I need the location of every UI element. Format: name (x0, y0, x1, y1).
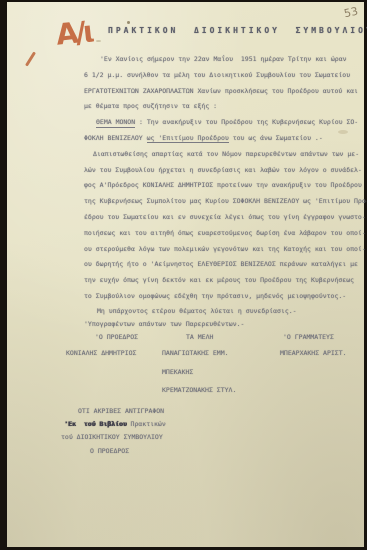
secretary-name: ΜΠΕΑΡΧΑΚΗΣ ΑΡΙΣΤ. (280, 349, 347, 357)
member-name: ΚΡΕΜΑΤΖΟΝΑΚΗΣ ΣΤΥΛ. (162, 386, 236, 394)
president-title: 'Ο ΠΡΟΕΔΡΟΣ (95, 333, 138, 341)
typed-line: το Συμβούλιον ομοφώνως εδέχθη την πρότασ… (84, 289, 366, 305)
typed-line: την ευχήν όπως γίνη δεκτόν και εκ μέρους… (84, 273, 366, 289)
paper-fleck (96, 40, 101, 42)
typed-line: 6 1/2 μ.μ. συνήλθον τα μέλη του Διοικητι… (84, 68, 366, 84)
typed-line: 'Εν Χανίοις σήμερον την 22αν Μαΐου 1951 … (84, 52, 366, 68)
theme-separator: : (135, 118, 147, 126)
closing-line: Μη υπάρχοντος ετέρου θέματος λύεται η συ… (84, 305, 366, 318)
certification-line: τού ΔΙΟΙΚΗΤΙΚΟΥ ΣΥΜΒΟΥΛΙΟΥ (61, 433, 163, 441)
president-name: ΚΟΝΙΑΛΗΣ ΔΗΜΗΤΡΙΟΣ (66, 349, 136, 357)
secretary-title: 'Ο ΓΡΑΜΜΑΤΕΥΣ (283, 333, 334, 341)
members-title: ΤΑ ΜΕΛΗ (186, 333, 213, 341)
typed-line: έδρου του Σωματείου και εν συνεχεία λέγε… (84, 210, 366, 226)
typed-line: ου στερούμεθα λόγω των πολεμικών γεγονότ… (84, 242, 366, 258)
typed-line: της Κυβερνήσεως Συμπολίτου μας Κυρίου ΣΟ… (84, 194, 366, 210)
scan-edge-top (0, 0, 367, 2)
typed-line: Διαπιστωθείσης απαρτίας κατά τον Νόμον π… (84, 147, 366, 163)
scan-edge-left (0, 0, 7, 550)
document-page: Α/ι 53 ΠΡΑΚΤΙΚΟΝ ΔΙΟΙΚΗΤΙΚΟΥ ΣΥΜΒΟΥΛΙΟΥ … (0, 0, 367, 550)
handwritten-slash-mark (25, 51, 36, 66)
certification-rest: Πρακτικών (127, 420, 166, 428)
handwritten-page-number: 53 (343, 5, 359, 21)
certification-overstruck: 'Εκ τού Βιβλίου (64, 420, 127, 428)
typed-line: ποιήσεως και του αιτηθή όπως ευαρεστούμε… (84, 226, 366, 242)
theme-heading: ΘΕΜΑ ΜΟΝΟΝ (96, 118, 135, 128)
typed-line: φος Α'Πρόεδρος ΚΟΝΙΑΛΗΣ ΔΗΜΗΤΡΙΟΣ προτεί… (84, 178, 366, 194)
theme-line: ΘΕΜΑ ΜΟΝΟΝ : Την ανακήρυξιν του Προέδρου… (84, 115, 366, 131)
theme-text-pre: ΦΟΚΛΗ ΒΕΝΙΖΕΛΟΥ (84, 134, 147, 142)
certification-line: ΟΤΙ ΑΚΡΙΒΕΣ ΑΝΤΙΓΡΑΦΟΝ (78, 407, 164, 415)
typed-line: ΕΡΓΑΤΟΤΕΧΝΙΤΩΝ ΖΑΧΑΡΟΠΛΑΣΤΩΝ Χανίων προσ… (84, 84, 366, 100)
theme-line-2: ΦΟΚΛΗ ΒΕΝΙΖΕΛΟΥ ως 'Επιτίμου Προέδρου το… (84, 131, 366, 147)
certification-president-title: Ο ΠΡΟΕΔΡΟΣ (90, 447, 129, 455)
typed-line: λών του Συμβουλίου ήρχεται η συνεδρίασις… (84, 163, 366, 179)
member-name: ΠΑΝΑΓΙΩΤΑΚΗΣ ΕΜΜ. (162, 349, 229, 357)
document-body: 'Εν Χανίοις σήμερον την 22αν Μαΐου 1951 … (84, 52, 366, 331)
typed-line: ου δωρητής ήτο ο 'Αείμνηστος ΕΛΕΥΘΕΡΙΟΣ … (84, 257, 366, 273)
certification-line: 'Εκ τού Βιβλίου Πρακτικών (64, 420, 166, 428)
theme-text: Την ανακήρυξιν του Προέδρου της Κυβερνήσ… (147, 118, 358, 126)
closing-line: 'Υπογραφέντων απάντων των Παρερευθέντων.… (84, 318, 366, 331)
honorary-president-underlined: ως 'Επιτίμου Προέδρου (147, 134, 229, 144)
typed-line: με θέματα προς συζήτησιν τα εξής : (84, 99, 366, 115)
document-title: ΠΡΑΚΤΙΚΟΝ ΔΙΟΙΚΗΤΙΚΟΥ ΣΥΜΒΟΥΛΙΟΥ (108, 26, 367, 35)
member-name: ΜΠΕΚΑΚΗΣ (162, 368, 193, 376)
paper-fleck (127, 21, 130, 24)
handwritten-registry-mark: Α/ι (54, 14, 93, 52)
theme-text-post: του ως άνω Σωματείου .- (229, 134, 323, 142)
